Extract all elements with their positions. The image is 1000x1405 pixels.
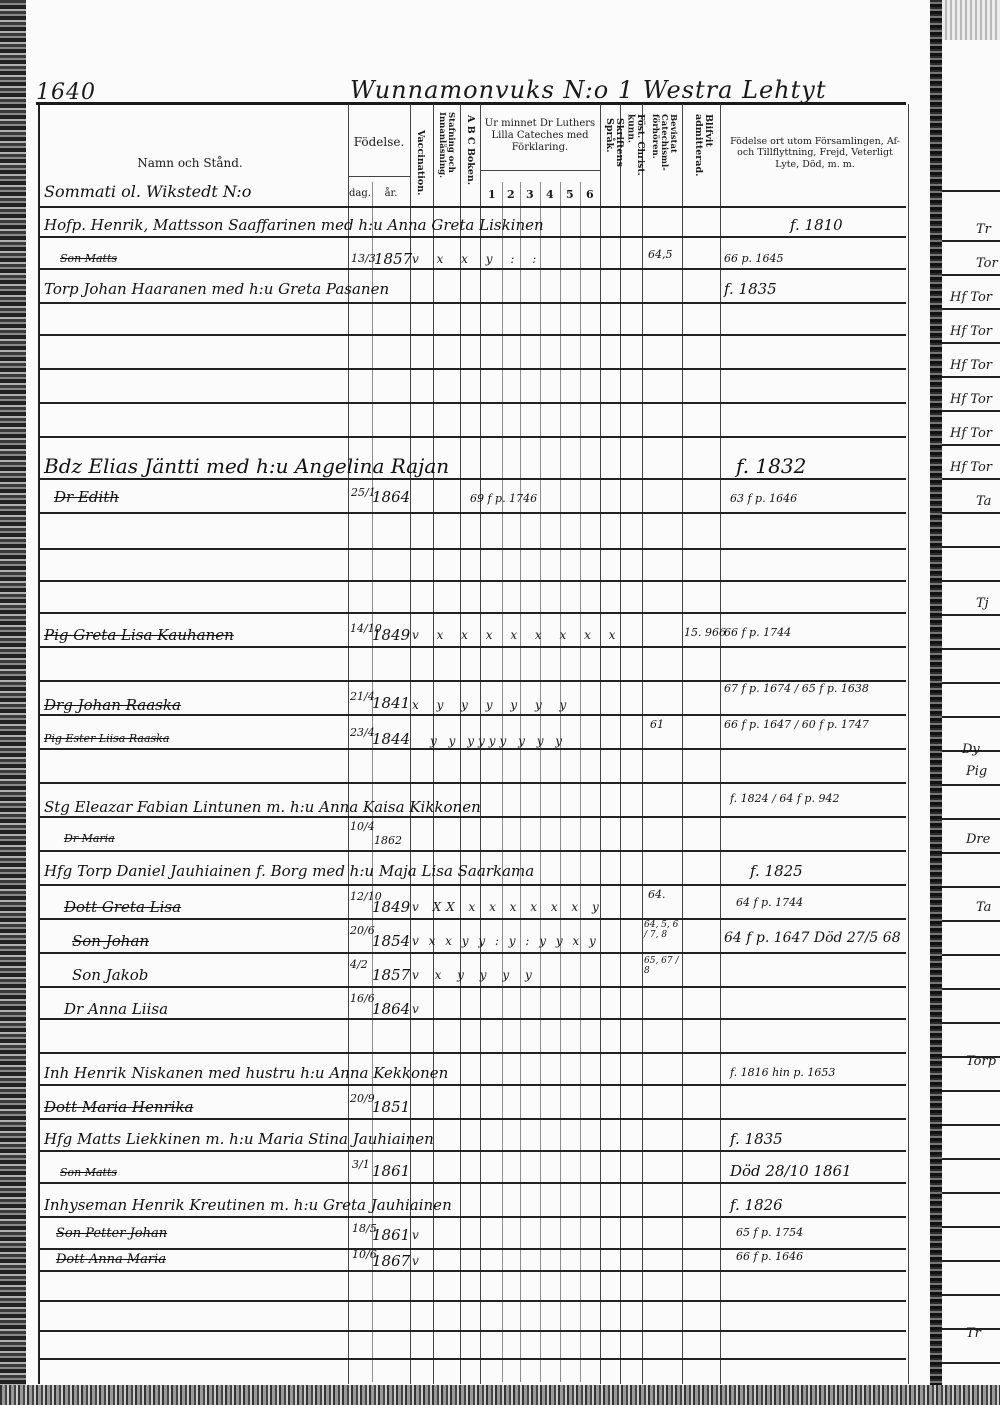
- right-page-text: Hf Tor: [950, 392, 992, 407]
- entry-name: Dott Greta Lisa: [64, 898, 181, 916]
- entry-name: Dr Anna Liisa: [64, 1000, 168, 1018]
- row-rule: [38, 1270, 906, 1272]
- entry-day: 4/2: [350, 958, 368, 971]
- entry-marks: v: [412, 1002, 426, 1016]
- row-rule: [38, 646, 906, 648]
- row-rule: [38, 368, 906, 370]
- header-reading: Stafning och Innanläsning.: [437, 112, 455, 200]
- right-page-text: Hf Tor: [950, 460, 992, 475]
- right-page-text: Torp: [966, 1054, 996, 1069]
- right-page-text: Dre: [966, 832, 990, 847]
- entry-cat: 61: [650, 718, 664, 731]
- row-rule: [38, 1150, 906, 1152]
- entry-year: 1841: [372, 694, 410, 712]
- entry-name: Son Johan: [72, 932, 149, 950]
- entry-year: 1864: [372, 1000, 410, 1018]
- entry-day: 23/4: [350, 726, 375, 739]
- book-gutter: [930, 0, 942, 1405]
- row-rule: [38, 236, 906, 238]
- col-rule: [682, 104, 683, 1384]
- entry-marks: 69 f p. 1746: [470, 492, 537, 505]
- row-rule: [38, 478, 906, 480]
- entry-cat: 64,5: [648, 248, 673, 261]
- col-rule: [600, 104, 601, 1384]
- right-page-text: Dy: [962, 742, 980, 757]
- entry-year: 1857: [374, 250, 412, 268]
- catechism-subrule: [480, 170, 600, 171]
- entry-day: 16/6: [350, 992, 375, 1005]
- entry-name: Hofp. Henrik, Mattsson Saaffarinen med h…: [44, 216, 544, 234]
- entry-day: 13/3: [351, 252, 376, 265]
- entry-year: 1864: [372, 488, 410, 506]
- entry-marks: v: [412, 1228, 426, 1242]
- header-birth-year: år.: [374, 188, 408, 200]
- entry-name: Son Petter Johan: [56, 1226, 167, 1241]
- entry-cat: 15. 966: [684, 626, 726, 639]
- entry-name: Inhyseman Henrik Kreutinen m. h:u Greta …: [44, 1196, 452, 1214]
- entry-marks: v XX x x x x x x y: [412, 900, 604, 914]
- entry-name: Hfg Matts Liekkinen m. h:u Maria Stina J…: [44, 1130, 434, 1148]
- entry-remarks: 64 f p. 1744: [736, 896, 803, 909]
- entry-name: Pig Greta Lisa Kauhanen: [44, 626, 234, 644]
- header-abc: A B C Boken.: [465, 115, 475, 195]
- row-rule: [38, 918, 906, 920]
- row-rule: [38, 580, 906, 582]
- entry-remarks: f. 1835: [724, 280, 777, 298]
- scan-left-edge: [0, 0, 26, 1405]
- entry-marks: v x x x x x x x x: [412, 628, 622, 642]
- right-page-text: Hf Tor: [950, 290, 992, 305]
- row-rule: [38, 1118, 906, 1120]
- right-page-text: Tj: [976, 596, 989, 611]
- entry-name: Son Matts: [60, 1166, 117, 1179]
- row-rule: [38, 952, 906, 954]
- catechism-part-6: 6: [586, 188, 594, 201]
- catechism-part-2: 2: [507, 188, 515, 201]
- row-rule: [38, 986, 906, 988]
- row-rule: [38, 782, 906, 784]
- entry-marks: y y yyyy y y y: [430, 734, 566, 748]
- entry-remarks: 63 f p. 1646: [730, 492, 797, 505]
- entry-remarks: 66 f p. 1647 / 60 f p. 1747: [724, 718, 874, 731]
- entry-name: Dott Anna Maria: [56, 1252, 166, 1267]
- row-rule: [38, 816, 906, 818]
- entry-remarks: 67 f p. 1674 / 65 f p. 1638: [724, 682, 874, 695]
- right-page-text: Hf Tor: [950, 324, 992, 339]
- entry-name: Dr Edith: [54, 488, 119, 506]
- entry-cat: 65, 67 / 8: [644, 956, 684, 976]
- entry-year: 1861: [372, 1162, 410, 1180]
- header-scripture: Skriftens Språk.: [604, 118, 624, 203]
- header-catechism: Ur minnet Dr Luthers Lilla Cateches med …: [481, 118, 599, 154]
- header-vaccination: Vaccination.: [415, 130, 425, 200]
- entry-marks: v: [412, 1254, 426, 1268]
- row-rule: [38, 1216, 906, 1218]
- right-page-text: Pig: [966, 764, 987, 779]
- right-page-text: Tr: [966, 1326, 981, 1341]
- header-birth: Födelse.: [350, 135, 408, 149]
- right-page-fragment: Tr Tor Hf Tor Hf Tor Hf Tor Hf Tor Hf To…: [942, 150, 1000, 1390]
- entry-marks: v x x y y : y : y y x y: [412, 934, 599, 948]
- row-rule: [38, 436, 906, 438]
- scan-bottom-edge: [0, 1385, 1000, 1405]
- entry-name: Dr Maria: [64, 832, 115, 845]
- entry-remarks: f. 1816 hin p. 1653: [730, 1066, 835, 1079]
- entry-day: 10/4: [350, 820, 375, 833]
- row-rule: [38, 1018, 906, 1020]
- entry-day: 20/6: [350, 924, 375, 937]
- entry-remarks: 66 f p. 1646: [736, 1250, 803, 1263]
- header-admitted: Blifvit admitterad.: [693, 114, 713, 204]
- col-rule: [620, 104, 621, 1384]
- entry-year: 1862: [374, 834, 402, 847]
- entry-year: 1857: [372, 966, 410, 984]
- subheading: Sommati ol. Wikstedt N:o: [44, 182, 251, 201]
- col-rule: [720, 104, 721, 1384]
- row-rule: [38, 1182, 906, 1184]
- entry-remarks: 66 f p. 1744: [724, 626, 791, 639]
- row-rule: [38, 334, 906, 336]
- right-page-text: Ta: [976, 900, 991, 915]
- row-rule: [38, 512, 906, 514]
- entry-name: Bdz Elias Jäntti med h:u Angelina Rajan: [44, 454, 449, 478]
- row-rule: [38, 850, 906, 852]
- entry-year: 1851: [372, 1098, 410, 1116]
- entry-remarks: f. 1810: [790, 216, 843, 234]
- row-rule: [38, 884, 906, 886]
- right-page-text: Ta: [976, 494, 991, 509]
- entry-name: Son Matts: [60, 252, 117, 265]
- entry-year: 1849: [372, 626, 410, 644]
- entry-remarks: f. 1826: [730, 1196, 783, 1214]
- entry-remarks: Död 28/10 1861: [730, 1162, 852, 1180]
- entry-name: Torp Johan Haaranen med h:u Greta Pasane…: [44, 280, 389, 298]
- entry-cat: 64, 5, 6 / 7, 8: [644, 920, 684, 940]
- entry-name: Pig Ester Liisa Raaska: [44, 732, 169, 745]
- entry-remarks: f. 1825: [750, 862, 803, 880]
- entry-year: 1861: [372, 1226, 410, 1244]
- header-catechetical: Bevistat Catechisml-förhören.: [650, 114, 677, 204]
- entry-year: 1849: [372, 898, 410, 916]
- row-rule: [38, 1300, 906, 1302]
- entry-day: 3/1: [352, 1158, 370, 1171]
- catechism-part-5: 5: [566, 188, 574, 201]
- village-heading: Wunnamonvuks N:o 1 Westra Lehtyt: [350, 76, 826, 104]
- header-name-column: Namn och Stånd.: [100, 156, 280, 170]
- entry-remarks: f. 1832: [736, 454, 806, 478]
- entry-year: 1867: [372, 1252, 410, 1270]
- right-page-text: Tr: [976, 222, 991, 237]
- row-rule: [38, 548, 906, 550]
- header-remarks: Födelse ort utom Församlingen, Af- och T…: [726, 136, 904, 170]
- col-rule: [642, 104, 643, 1384]
- entry-day: 21/4: [350, 690, 375, 703]
- row-rule: [38, 402, 906, 404]
- catechism-part-3: 3: [526, 188, 534, 201]
- entry-name: Son Jakob: [72, 966, 148, 984]
- catechism-part-1: 1: [488, 188, 496, 201]
- row-rule: [38, 1052, 906, 1054]
- scan-noise: [935, 0, 1000, 40]
- entry-remarks: f. 1835: [730, 1130, 783, 1148]
- right-page-text: Tor: [976, 256, 998, 271]
- entry-year: 1844: [372, 730, 410, 748]
- entry-cat: 64.: [648, 888, 666, 901]
- entry-name: Drg Johan Raaska: [44, 696, 181, 714]
- entry-name: Dott Maria Henrika: [44, 1098, 193, 1116]
- birth-subrule: [348, 176, 410, 177]
- row-rule: [38, 1330, 906, 1332]
- header-bottom-rule: [38, 206, 906, 208]
- entry-marks: v x x y : :: [412, 252, 543, 266]
- entry-marks: x y y y y y y: [412, 698, 573, 712]
- row-rule: [38, 612, 906, 614]
- entry-remarks: f. 1824 / 64 f p. 942: [730, 792, 870, 805]
- row-rule: [38, 748, 906, 750]
- right-page-text: Hf Tor: [950, 426, 992, 441]
- entry-remarks: 65 f p. 1754: [736, 1226, 803, 1239]
- row-rule: [38, 268, 906, 270]
- header-christianity: Föst. Christ. kunn.: [625, 114, 644, 204]
- entry-remarks: 66 p. 1645: [724, 252, 784, 265]
- entry-marks: v x y y y y: [412, 968, 538, 982]
- entry-year: 1854: [372, 932, 410, 950]
- catechism-part-4: 4: [546, 188, 554, 201]
- entry-day: 20/9: [350, 1092, 375, 1105]
- right-page-text: Hf Tor: [950, 358, 992, 373]
- header-birth-day: dag.: [349, 188, 371, 200]
- entry-remarks: 64 f p. 1647 Död 27/5 68: [724, 930, 901, 946]
- row-rule: [38, 1358, 906, 1360]
- row-rule: [38, 714, 906, 716]
- entry-name: Inh Henrik Niskanen med hustru h:u Anna …: [44, 1064, 448, 1082]
- row-rule: [38, 302, 906, 304]
- row-rule: [38, 1084, 906, 1086]
- entry-name: Hfg Torp Daniel Jauhiainen f. Borg med h…: [44, 862, 534, 880]
- entry-name: Stg Eleazar Fabian Lintunen m. h:u Anna …: [44, 798, 481, 816]
